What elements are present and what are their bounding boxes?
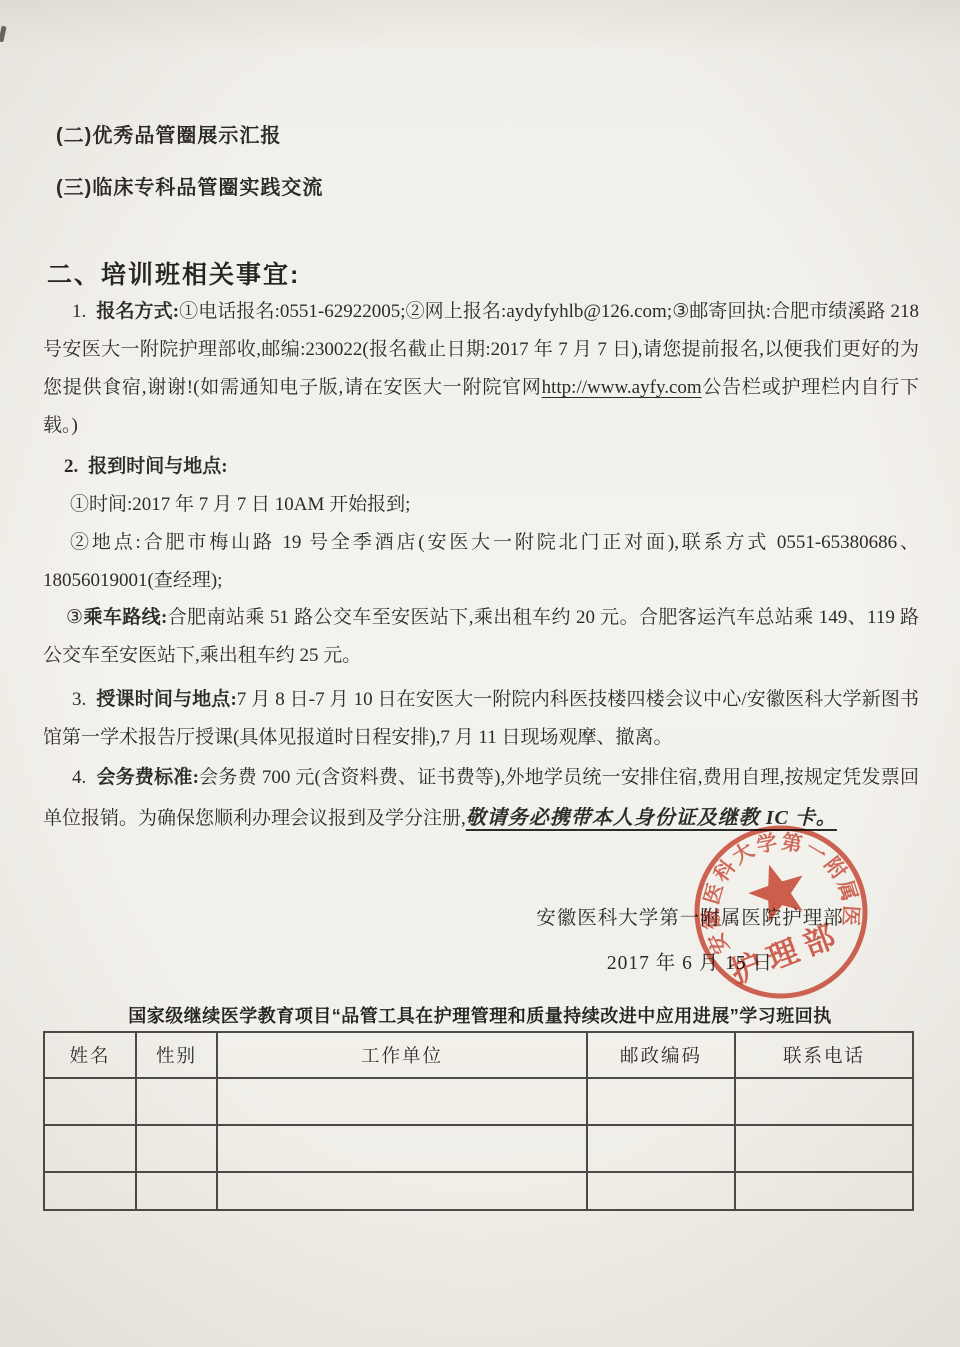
paragraph-fee: 4.会务费标准:会务费 700 元(含资料费、证书费等),外地学员统一安排住宿,… [43,757,919,839]
empty-cell [735,1172,913,1210]
item-number: 2. [64,456,88,477]
paragraph-registration: 1.报名方式:①电话报名:0551-62922005;②网上报名:aydyfyh… [43,293,919,445]
reply-table: 姓名 性别 工作单位 邮政编码 联系电话 [43,1031,912,1211]
sub-item-place: ②地点:合肥市梅山路 19 号全季酒店(安医大一附院北门正对面),联系方式 05… [43,524,919,600]
intro-item-2: (二)优秀品管圈展示汇报 [56,119,281,148]
header-postal-code: 邮政编码 [587,1032,735,1078]
signature-block: 安徽医科大学第一附属医院护理部 2017 年 6 月 15 日 [520,906,860,977]
sub-item-time: ①时间:2017 年 7 月 7 日 10AM 开始报到; [70,486,410,524]
empty-cell [587,1078,735,1125]
paragraph-lecture: 3.授课时间与地点:7 月 8 日-7 月 10 日在安医大一附院内科医技楼四楼… [43,681,919,757]
empty-cell [217,1078,587,1125]
empty-cell [136,1172,217,1210]
intro-item-3: (三)临床专科品管圈实践交流 [56,171,323,200]
header-gender: 性别 [136,1032,217,1078]
item-label: 授课时间与地点: [96,689,237,710]
item-label: 报名方式: [96,301,179,322]
header-workplace: 工作单位 [217,1032,587,1078]
route-label: 乘车路线: [83,607,167,628]
empty-cell [587,1125,735,1172]
sub-item-route: ③乘车路线:合肥南站乘 51 路公交车至安医站下,乘出租车约 20 元。合肥客运… [43,599,919,675]
header-phone: 联系电话 [735,1032,913,1078]
scanned-document-page: { "document": { "intro_items": [ { "text… [0,0,960,1347]
empty-cell [44,1172,136,1210]
emphasis-id-card-notice: 敬请务必携带本人身份证及继教 IC 卡。 [466,807,837,829]
signature-org: 安徽医科大学第一附属医院护理部 [520,906,860,932]
item-label: 会务费标准: [96,767,199,788]
item-number: 3. [72,689,96,710]
table-row [44,1172,913,1210]
empty-cell [587,1172,735,1210]
item-number: 1. [72,301,96,322]
signature-date: 2017 年 6 月 15 日 [520,951,860,977]
paragraph-checkin-heading: 2.报到时间与地点: [64,448,228,486]
route-body: 合肥南站乘 51 路公交车至安医站下,乘出租车约 20 元。合肥客运汽车总站乘 … [43,607,919,666]
empty-cell [44,1125,136,1172]
website-url: http://www.ayfy.com [542,377,702,398]
empty-cell [735,1078,913,1125]
item-number: 4. [72,767,96,788]
empty-cell [44,1078,136,1125]
table-row [44,1125,913,1172]
reply-table-caption: 国家级继续医学教育项目“品管工具在护理管理和质量持续改进中应用进展”学习班回执 [0,1002,960,1028]
empty-cell [136,1078,217,1125]
empty-cell [217,1125,587,1172]
empty-cell [217,1172,587,1210]
route-prefix: ③ [66,607,83,628]
empty-cell [735,1125,913,1172]
item-label: 报到时间与地点: [88,456,227,477]
section-heading: 二、培训班相关事宜: [47,255,300,291]
table-header-row: 姓名 性别 工作单位 邮政编码 联系电话 [44,1032,913,1078]
empty-cell [136,1125,217,1172]
table-row [44,1078,913,1125]
header-name: 姓名 [44,1032,136,1078]
